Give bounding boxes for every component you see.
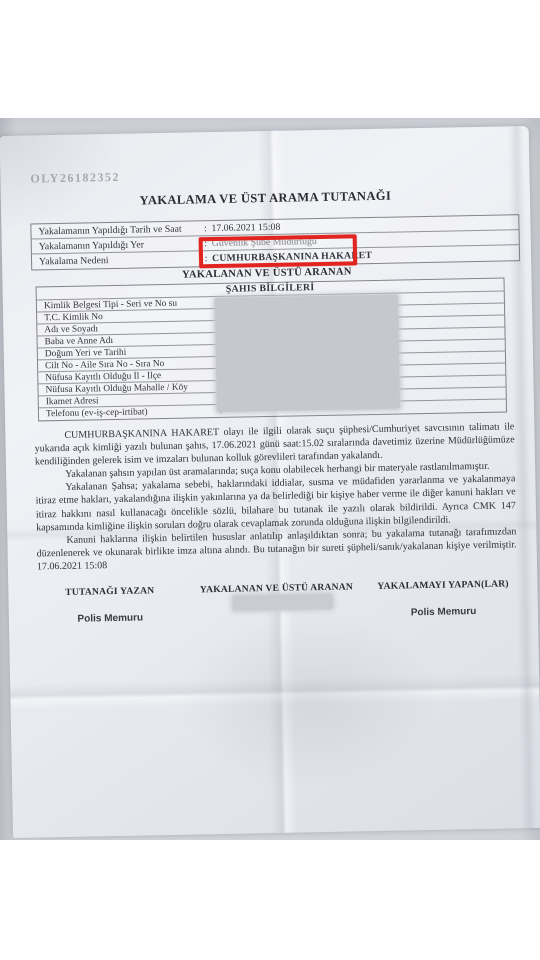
signature-column-writer: TUTANAĞI YAZAN Polis Memuru xyxy=(26,585,193,626)
paper-sheet: OLY26182352 YAKALAMA VE ÜST ARAMA TUTANA… xyxy=(0,126,540,838)
redaction-box xyxy=(215,295,400,412)
signature-title: YAKALANAN VE ÜSTÜ ARANAN xyxy=(193,581,360,595)
document-photo: OLY26182352 YAKALAMA VE ÜST ARAMA TUTANA… xyxy=(0,118,540,840)
signature-role: Polis Memuru xyxy=(360,605,527,619)
signature-title: YAKALAMAYI YAPAN(LAR) xyxy=(360,578,527,592)
signature-title: TUTANAĞI YAZAN xyxy=(26,585,193,599)
paragraph: Kanuni haklarına ilişkin belirtilen husu… xyxy=(36,525,517,573)
document-content: OLY26182352 YAKALAMA VE ÜST ARAMA TUTANA… xyxy=(0,126,540,838)
row-label: Yakalamanın Yapıldığı Yer xyxy=(32,238,200,252)
paragraph: Yakalanan Şahsa; yakalama sebebi, haklar… xyxy=(35,473,516,535)
screenshot-canvas: OLY26182352 YAKALAMA VE ÜST ARAMA TUTANA… xyxy=(0,0,540,960)
highlight-box xyxy=(199,234,358,268)
signature-role: Polis Memuru xyxy=(27,611,194,625)
redaction-box xyxy=(233,594,333,611)
document-code: OLY26182352 xyxy=(30,170,120,187)
row-label: Yakalamanın Yapıldığı Tarih ve Saat xyxy=(31,223,199,237)
signature-column-arresting: YAKALAMAYI YAPAN(LAR) Polis Memuru xyxy=(360,578,527,619)
narrative-text: CUMHURBAŞKANINA HAKARET olayı ile ilgili… xyxy=(34,420,517,573)
colon-separator: : xyxy=(199,223,211,234)
row-label: Yakalama Nedeni xyxy=(32,253,200,267)
row-label: Telefonu (ev-iş-cep-irtibat) xyxy=(39,406,215,419)
document-title: YAKALAMA VE ÜST ARAMA TUTANAĞI xyxy=(1,186,530,211)
